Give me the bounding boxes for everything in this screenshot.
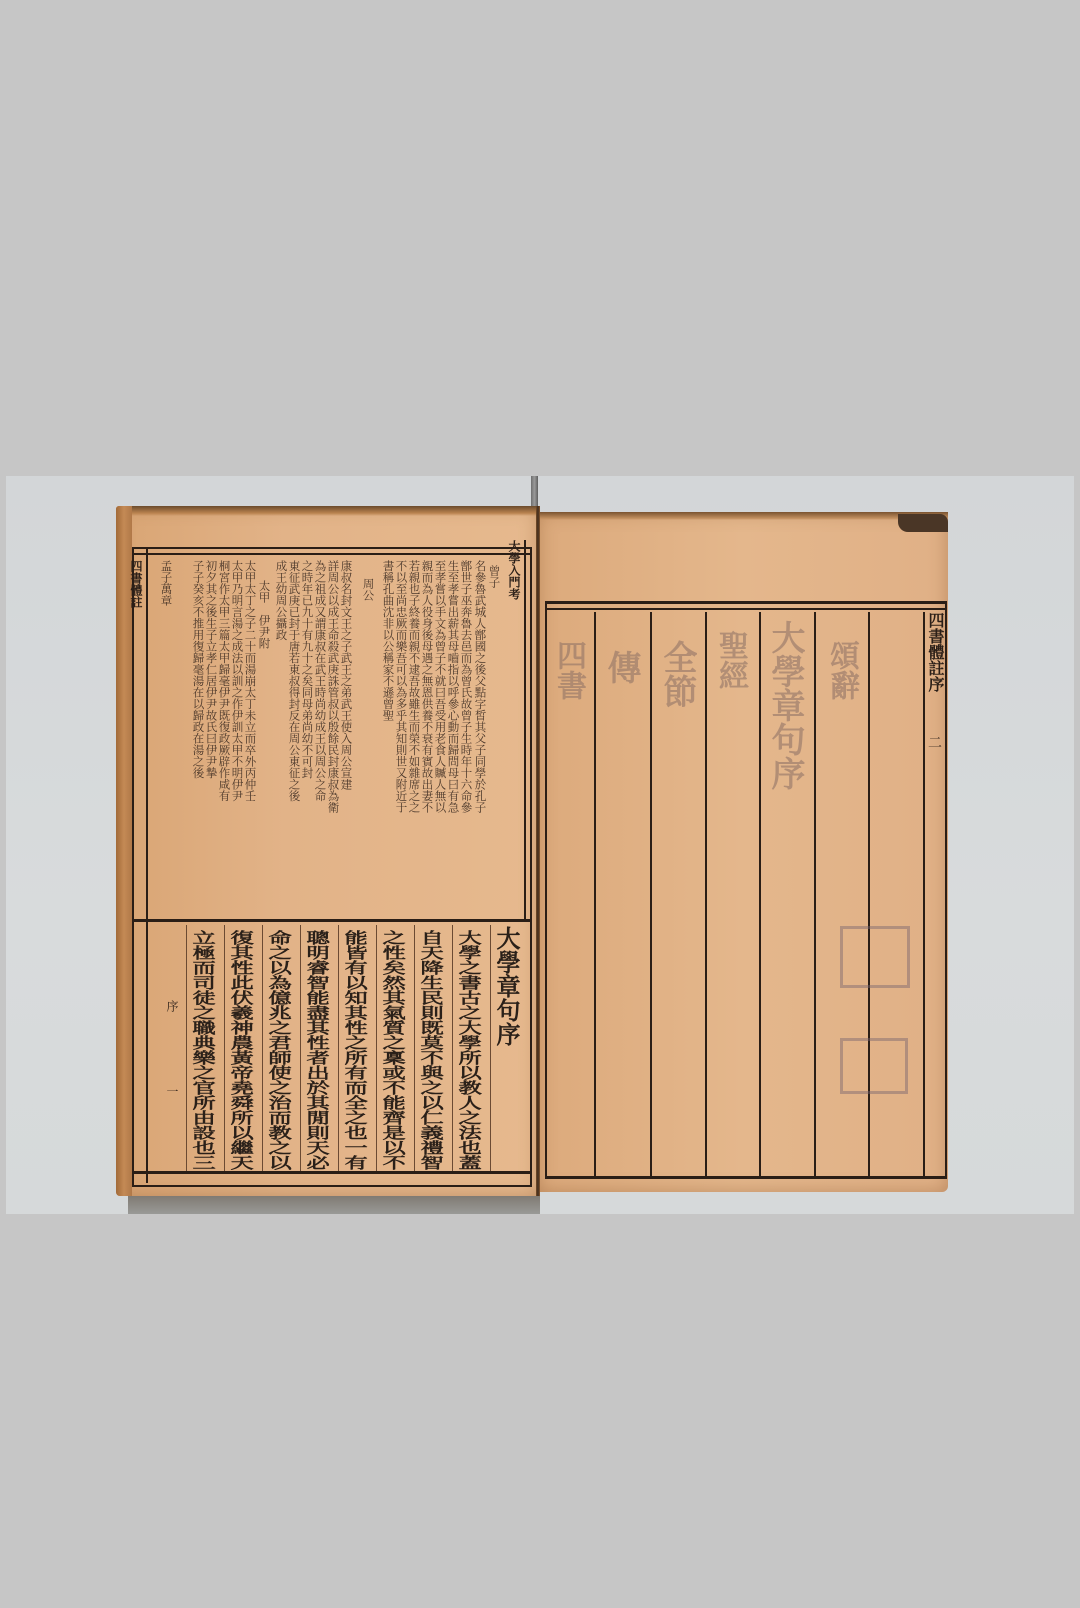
page-number: 一 [166,1085,178,1097]
subheading: 太甲 伊尹附 [258,580,270,649]
commentary-column: 為之祖成又謂康叔在武王時尚幼成王以周公之命 [314,560,326,802]
right-top-rule-inner [545,608,947,610]
column-divider [650,612,652,1176]
commentary-column: 詳周公以成王命殺武庚誅管叔以殷餘民封康叔為衛 [327,560,339,813]
show-through-text: 傳 [604,650,638,684]
column-rule [376,925,377,1171]
book-gutter [536,506,540,1196]
column-divider [594,612,596,1176]
commentary-column: 東征武庚已封于唐若東叔得封反在周公東征之後 [288,560,300,802]
column-divider [923,612,925,1176]
subheading: 曾子 [488,565,500,588]
commentary-column: 太甲乃明言湯之成法以訓之作伊訓太甲不明伊尹 [231,560,243,802]
left-margin-rule [146,547,148,1183]
column-rule [186,925,187,1171]
header-rule [524,540,526,920]
left-page-edge [116,506,132,1196]
show-through-text: 全節 [660,640,694,708]
register-divider [132,919,530,922]
commentary-column: 成王幼周公攝政 [275,560,287,641]
commentary-column: 若親也子終養而親不逮吾故雖生而榮不如雜席之之 [408,560,420,813]
preface-column: 能皆有以知其性之所有而全之也一有 [343,930,366,1170]
column-rule [300,925,301,1171]
commentary-column: 親而為人役身後母遇之無恩供養不衰有賓故出妻不 [421,560,433,813]
commentary-column: 太甲太丁之子二十而湯崩太丁未立而卒外丙仲壬 [244,560,256,802]
right-left-rule [545,601,547,1179]
right-page-corner-stain [898,514,948,532]
column-divider [814,612,816,1176]
preface-column: 自天降生民則既莫不與之以仁義禮智 [419,930,442,1170]
margin-label: 序 [166,1000,178,1012]
commentary-column: 不以至尚忠厥而樂吾可以為多乎其知則世又附近于 [395,560,407,813]
show-through-text: 大學章句序 [768,620,802,790]
right-margin-title: 四書體註序 [927,612,943,692]
margin-title: 四書體註 [130,560,142,608]
right-top-rule [545,601,947,604]
right-bottom-rule [545,1176,947,1179]
left-page-top-stain [132,506,538,516]
seal-impression [840,1038,908,1094]
seal-impression [840,926,910,988]
preface-column: 復其性此伏羲神農黃帝堯舜所以繼天 [229,930,252,1170]
commentary-column: 鄫世子巫奔魯去邑而為曾氏故曾子生時年十六命參 [460,560,472,813]
commentary-column: 孟子萬章 [160,560,172,606]
commentary-column: 名參魯武城人鄫國之後父點字皙其父子同學於孔子 [474,560,486,813]
column-rule [262,925,263,1171]
column-rule [338,925,339,1171]
commentary-column: 初夕其之後生子立孝仁居伊尹故氏曰伊尹摯 [205,560,217,779]
commentary-column: 至孝嘗以手文為曾子不就曰吾受用老食人贓人無以 [434,560,446,813]
preface-column: 大學之書古之大學所以教人之法也蓋 [457,930,480,1170]
commentary-column: 康叔名封文王之子武王之弟武王使入周公宣建 [340,560,352,790]
preface-column: 命之以為億兆之君師使之治而教之以 [267,930,290,1170]
commentary-column: 生至孝嘗出薪其母嚙指以呼參心動而歸問母曰有急 [447,560,459,813]
commentary-column: 之時年已九十有九十之矣同母弟尚幼不可封 [301,560,313,779]
column-rule [452,925,453,1171]
right-page-top-stain [540,512,948,520]
column-rule [414,925,415,1171]
preface-column: 立極而司徒之職典樂之官所由設也三 [191,930,214,1170]
column-divider [759,612,761,1176]
commentary-column: 子子癸亥不推用復歸毫湯在以歸政在湯之後 [192,560,204,779]
show-through-text: 四書 [553,640,583,700]
upper-rule [132,553,530,555]
commentary-column: 書稱孔曲沈非以公稱家不遜曾聖 [382,560,394,721]
right-right-rule [945,601,947,1179]
commentary-column: 桐宮作太甲三篇太甲歸毫伊尹既復政厥辟作咸有 [218,560,230,802]
right-margin-folio: 二 [927,735,941,749]
preface-column: 聰明睿智能盡其性者出於其閒則天必 [305,930,328,1170]
column-divider [705,612,707,1176]
column-rule [224,925,225,1171]
show-through-text: 頌辭 [826,640,856,700]
section-title: 大學章句序 [494,926,518,1046]
preface-column: 之性矣然其氣質之稟或不能齊是以不 [381,930,404,1170]
spine-marker [531,476,538,506]
header-label: 大學入門考 [508,540,520,600]
column-rule [490,925,491,1171]
bottom-rule [132,1171,530,1174]
show-through-text: 聖經 [715,630,745,690]
subheading: 周公 [362,578,374,601]
